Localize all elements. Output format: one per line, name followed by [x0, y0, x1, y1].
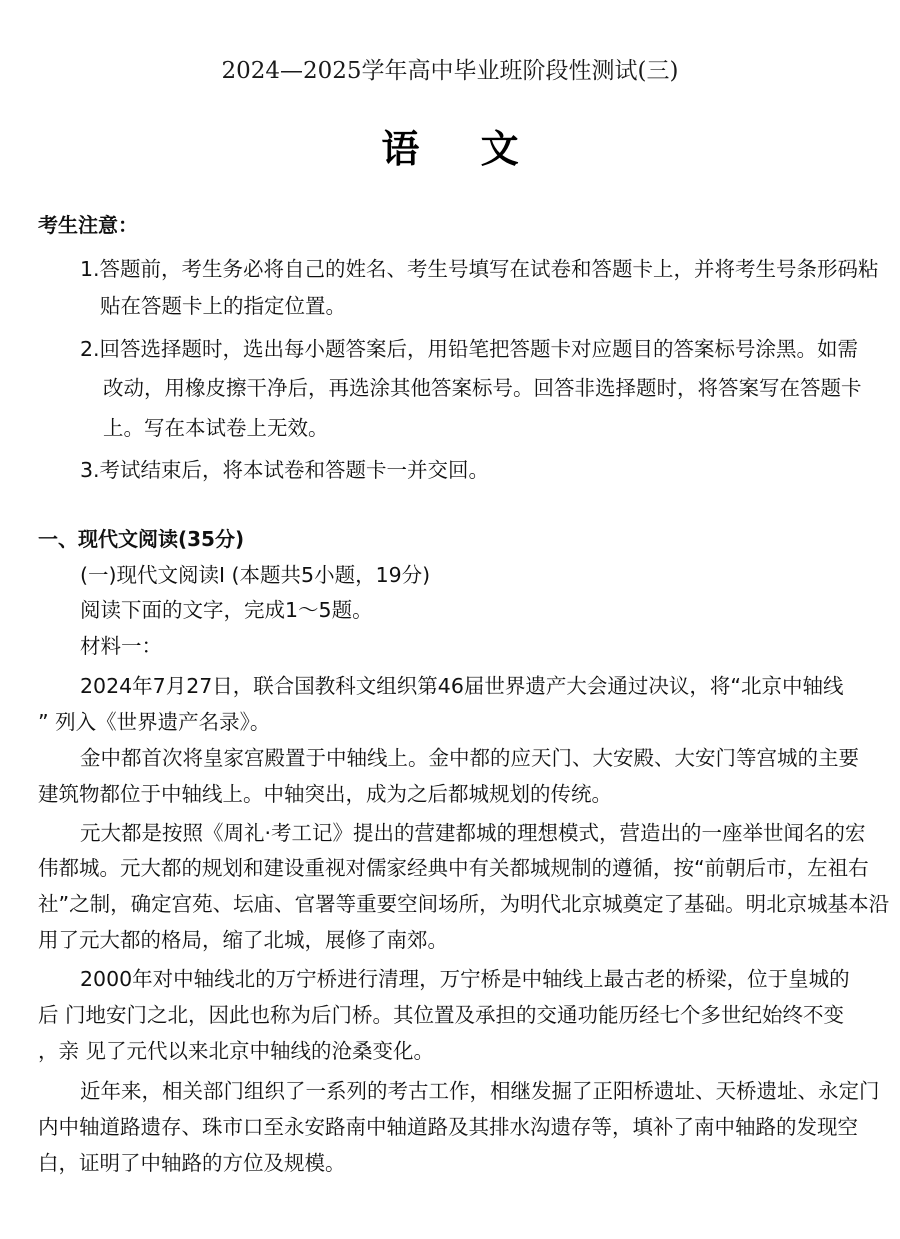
subsection-heading: (一)现代文阅读Ⅰ (本题共5小题，19分)	[80, 560, 430, 590]
passage-p3-line-1: 元大都是按照《周礼·考工记》提出的营建都城的理想模式，营造出的一座举世闻名的宏	[80, 818, 866, 848]
passage-p5-line-3: 白，证明了中轴路的方位及规模。	[38, 1148, 346, 1178]
passage-p5-line-1: 近年来，相关部门组织了一系列的考古工作，相继发掘了正阳桥遗址、天桥遗址、永定门	[80, 1076, 880, 1106]
passage-p3-line-4: 用了元大都的格局，缩了北城，展修了南郊。	[38, 925, 448, 955]
reading-instruction: 阅读下面的文字，完成1～5题。	[80, 595, 373, 625]
passage-p5-line-2: 内中轴道路遗存、珠市口至永安路南中轴道路及其排水沟遗存等，填补了南中轴路的发现空	[38, 1112, 858, 1142]
notice-item-1-line-2: 贴在答题卡上的指定位置。	[100, 291, 346, 321]
notice-item-2-line-3: 上。写在本试卷上无效。	[103, 413, 329, 443]
notice-item-2-line-1: 2.回答选择题时，选出每小题答案后，用铅笔把答题卡对应题目的答案标号涂黑。如需	[80, 334, 858, 364]
section-heading: 一、现代文阅读(35分)	[38, 524, 244, 554]
notice-item-2-line-2: 改动，用橡皮擦干净后，再选涂其他答案标号。回答非选择题时，将答案写在答题卡	[103, 373, 862, 403]
passage-p4-line-1: 2000年对中轴线北的万宁桥进行清理，万宁桥是中轴线上最古老的桥梁，位于皇城的	[80, 964, 850, 994]
notice-item-3-line-1: 3.考试结束后，将本试卷和答题卡一并交回。	[80, 455, 489, 485]
passage-p1-line-2: ” 列入《世界遗产名录》。	[38, 707, 270, 737]
passage-p3-line-3: 社”之制，确定宫苑、坛庙、官署等重要空间场所，为明代北京城奠定了基础。明北京城基…	[38, 889, 889, 919]
notice-item-1-line-1: 1.答题前，考生务必将自己的姓名、考生号填写在试卷和答题卡上，并将考生号条形码粘	[80, 254, 879, 284]
subject-title: 语 文	[0, 118, 900, 173]
passage-p4-line-3: ，亲 见了元代以来北京中轴线的沧桑变化。	[38, 1036, 434, 1066]
passage-p4-line-2: 后 门地安门之北，因此也称为后门桥。其位置及承担的交通功能历经七个多世纪始终不变	[38, 1000, 844, 1030]
passage-p2-line-1: 金中都首次将皇家宫殿置于中轴线上。金中都的应天门、大安殿、大安门等宫城的主要	[80, 743, 859, 773]
material-label: 材料一：	[80, 631, 162, 661]
passage-p3-line-2: 伟都城。元大都的规划和建设重视对儒家经典中有关都城规制的遵循，按“前朝后市，左祖…	[38, 853, 869, 883]
notice-heading: 考生注意：	[38, 210, 138, 240]
exam-title: 2024—2025学年高中毕业班阶段性测试(三)	[0, 52, 900, 85]
passage-p2-line-2: 建筑物都位于中轴线上。中轴突出，成为之后都城规划的传统。	[38, 779, 612, 809]
passage-p1-line-1: 2024年7月27日，联合国教科文组织第46届世界遗产大会通过决议，将“北京中轴…	[80, 671, 844, 701]
